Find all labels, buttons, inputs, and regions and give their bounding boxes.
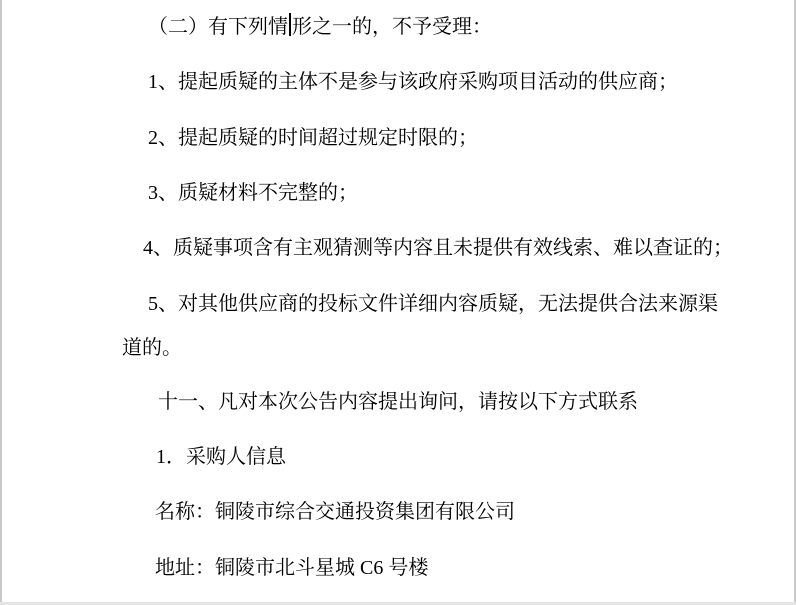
document-page[interactable]: （二）有下列情形之一的，不予受理： 1、提起质疑的主体不是参与该政府采购项目活动…	[0, 0, 796, 605]
text-cursor	[289, 13, 291, 36]
rejection-item-4[interactable]: 4、质疑事项含有主观猜测等内容且未提供有效线索、难以查证的；	[143, 235, 733, 261]
page-left-edge	[0, 0, 2, 605]
heading-text-after-cursor: 形之一的，不予受理：	[292, 16, 492, 38]
rejection-item-1[interactable]: 1、提起质疑的主体不是参与该政府采购项目活动的供应商；	[148, 69, 678, 95]
purchaser-address-line[interactable]: 地址：铜陵市北斗星城 C6 号楼	[155, 555, 428, 581]
purchaser-info-heading[interactable]: 1．采购人信息	[156, 444, 286, 470]
purchaser-name-line[interactable]: 名称：铜陵市综合交通投资集团有限公司	[155, 499, 515, 525]
rejection-item-5-line-2[interactable]: 道的。	[122, 335, 182, 361]
rejection-item-5-line-1[interactable]: 5、对其他供应商的投标文件详细内容质疑，无法提供合法来源渠	[148, 291, 718, 317]
heading-text-before-cursor: （二）有下列情	[148, 16, 288, 38]
rejection-section-heading[interactable]: （二）有下列情形之一的，不予受理：	[148, 13, 492, 40]
rejection-item-2[interactable]: 2、提起质疑的时间超过规定时限的；	[148, 125, 478, 151]
contact-section-heading[interactable]: 十一、凡对本次公告内容提出询问，请按以下方式联系	[158, 389, 638, 415]
rejection-item-3[interactable]: 3、质疑材料不完整的；	[148, 180, 358, 206]
